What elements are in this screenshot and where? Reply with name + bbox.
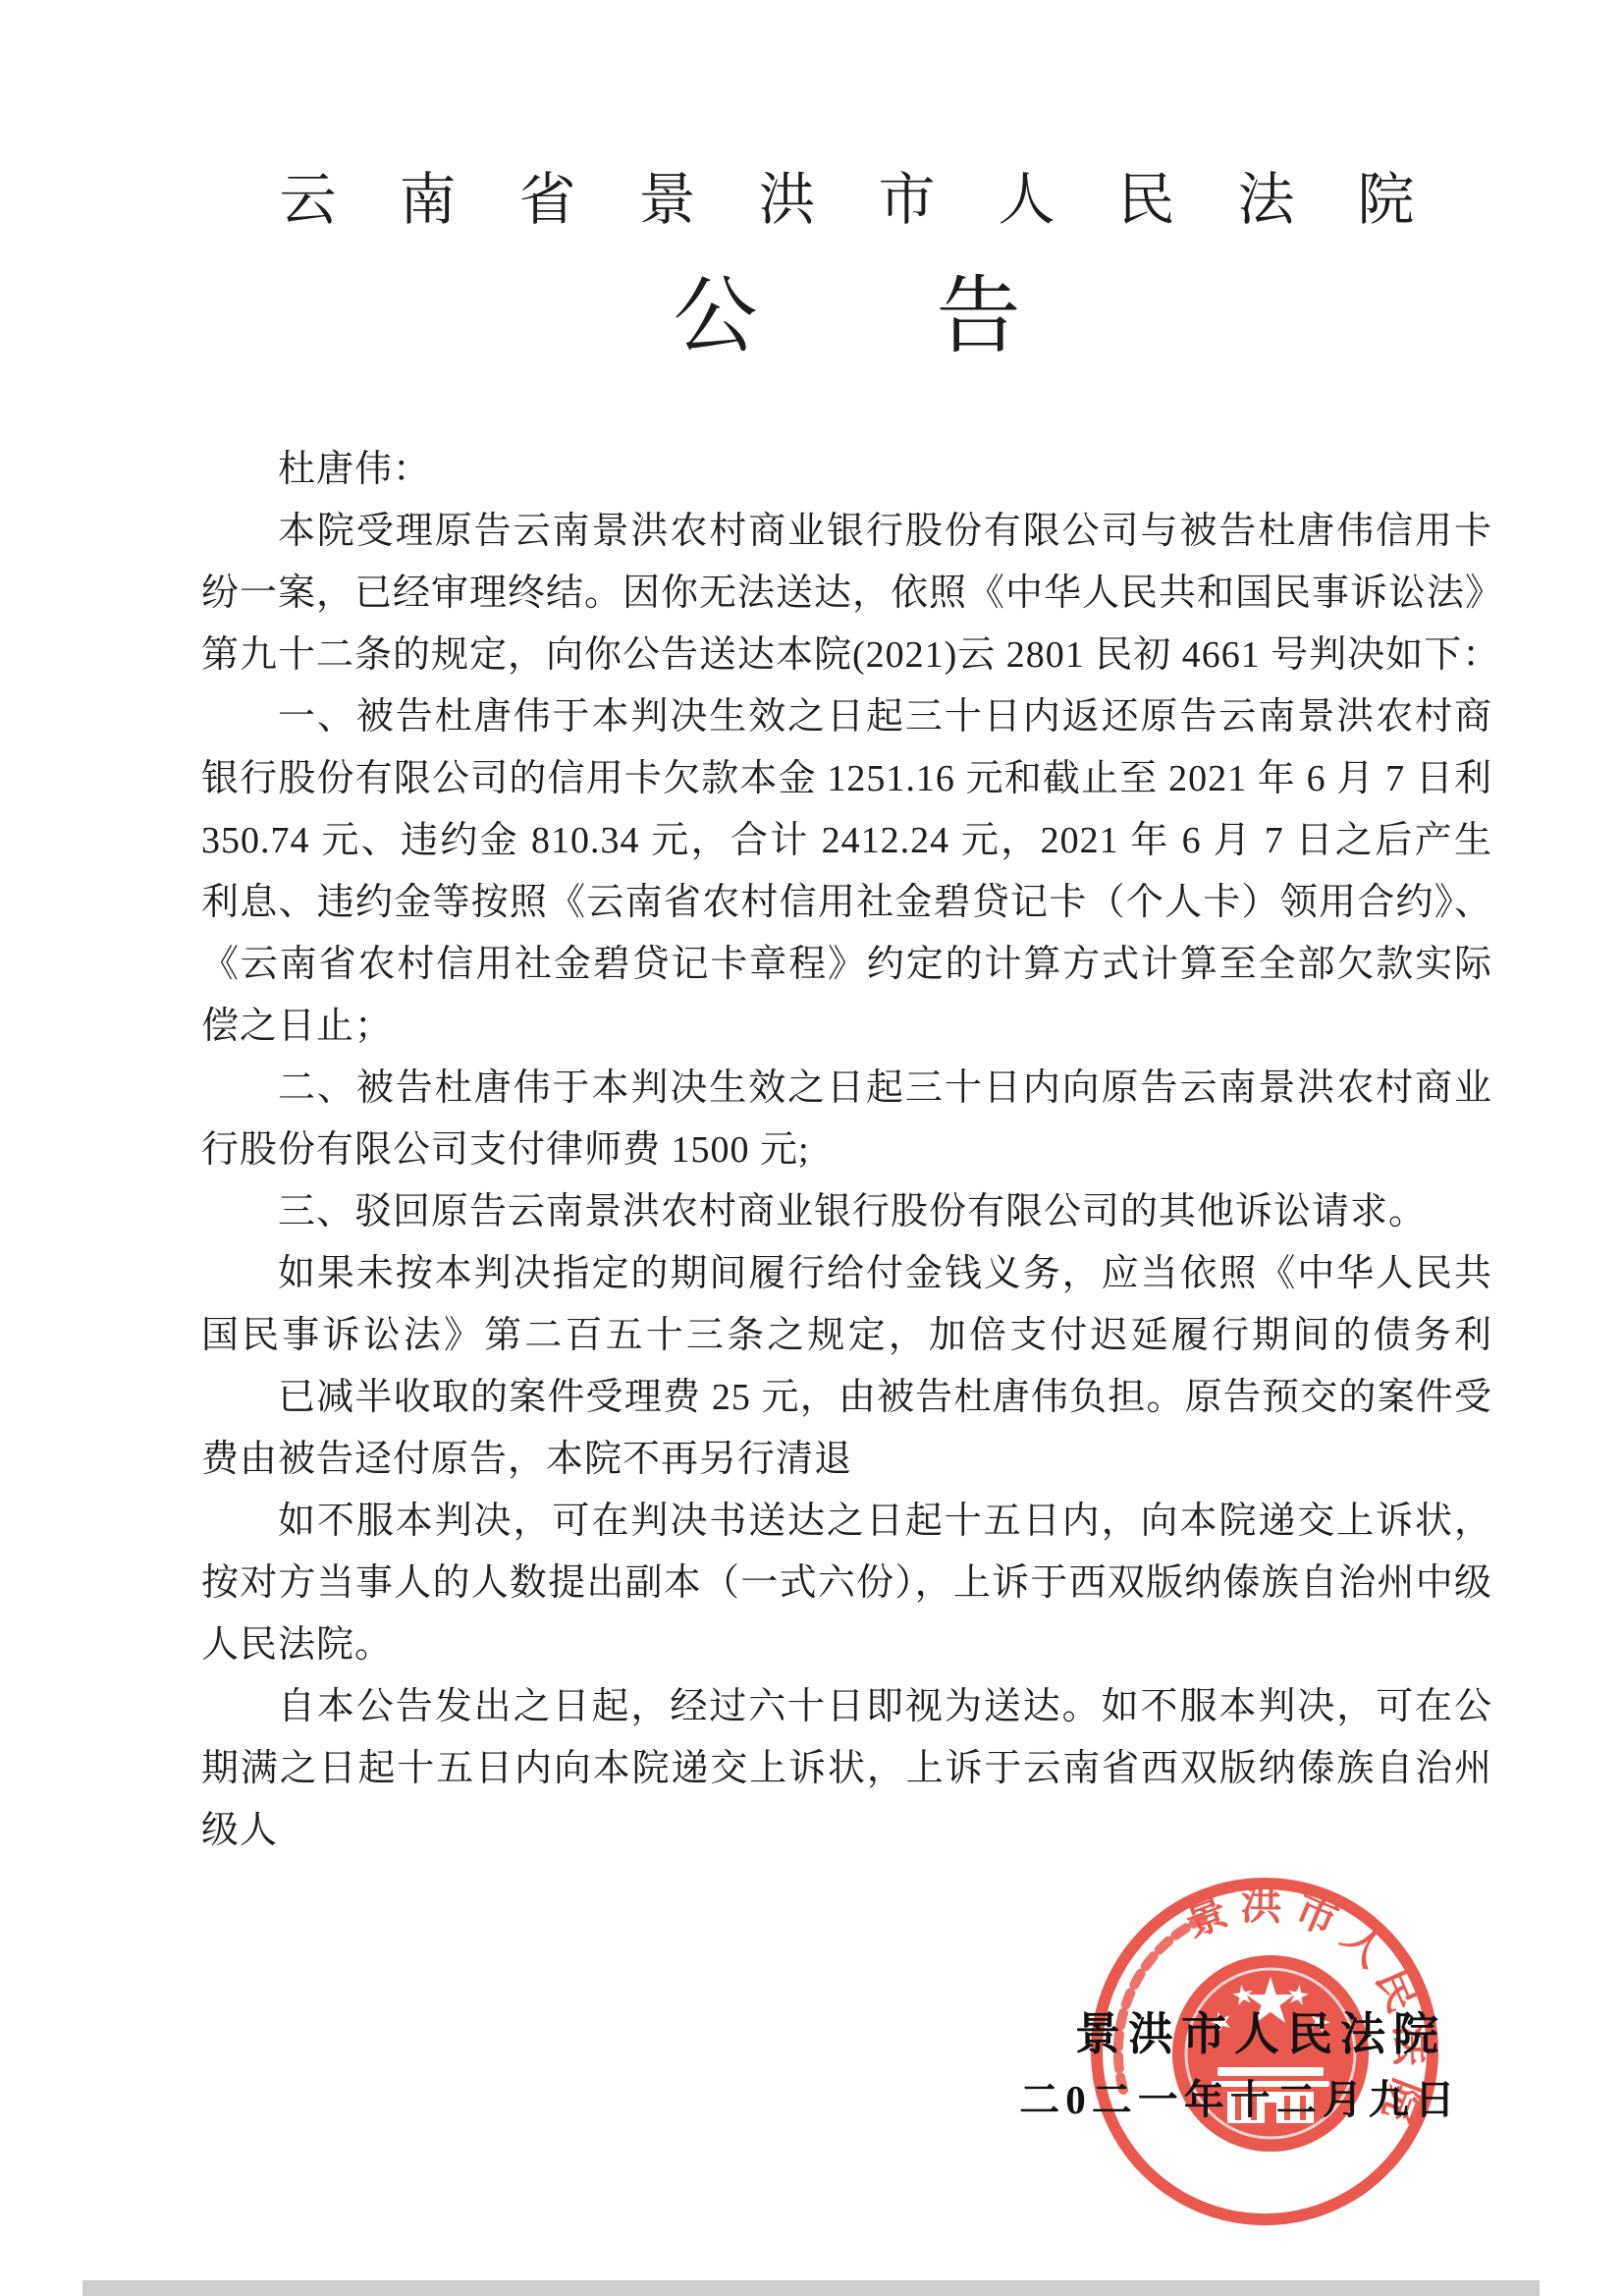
text-line: 第九十二条的规定，向你公告送达本院(2021)云 2801 民初 4661 号判… — [201, 625, 1492, 686]
stamp-court-name: 景洪市人民法院 — [1060, 2009, 1453, 2060]
text-line: 《云南省农村信用社金碧贷记卡章程》约定的计算方式计算至全部欠款实际清 — [201, 934, 1492, 996]
document-page: 云南省景洪市人民法院 公告 杜唐伟：本院受理原告云南景洪农村商业银行股份有限公司… — [0, 0, 1623, 2296]
text-line: 人民法院。 — [201, 1614, 1492, 1676]
stamp-date: 二0二一年十二月九日 — [992, 2076, 1483, 2123]
text-line: 行股份有限公司支付律师费 1500 元; — [201, 1120, 1492, 1181]
text-line: 纷一案，已经审理终结。因你无法送达，依照《中华人民共和国民事诉讼法》 — [201, 563, 1492, 625]
text-line: 银行股份有限公司的信用卡欠款本金 1251.16 元和截止至 2021 年 6 … — [201, 748, 1492, 810]
text-line: 按对方当事人的人数提出副本（一式六份），上诉于西双版纳傣族自治州中级 — [201, 1553, 1492, 1614]
text-line: 本院受理原告云南景洪农村商业银行股份有限公司与被告杜唐伟信用卡纠 — [201, 501, 1492, 563]
notice-body: 杜唐伟：本院受理原告云南景洪农村商业银行股份有限公司与被告杜唐伟信用卡纠纷一案，… — [201, 439, 1492, 1862]
scan-edge-artifact — [82, 2280, 1540, 2296]
text-line: 偿之日止； — [201, 996, 1492, 1058]
text-line: 350.74 元、违约金 810.34 元，合计 2412.24 元，2021 … — [201, 810, 1492, 872]
text-line: 杜唐伟： — [201, 439, 1492, 501]
text-line: 利息、违约金等按照《云南省农村信用社金碧贷记卡（个人卡）领用合约》、 — [201, 872, 1492, 934]
court-title: 云南省景洪市人民法院 — [201, 169, 1492, 232]
text-line: 已减半收取的案件受理费 25 元，由被告杜唐伟负担。原告预交的案件受理 — [201, 1367, 1492, 1429]
text-line: 期满之日起十五日内向本院递交上诉状，上诉于云南省西双版纳傣族自治州中 — [201, 1738, 1492, 1800]
text-line: 三、驳回原告云南景洪农村商业银行股份有限公司的其他诉讼请求。 — [201, 1181, 1492, 1243]
text-line: 二、被告杜唐伟于本判决生效之日起三十日内向原告云南景洪农村商业银 — [201, 1058, 1492, 1120]
text-line: 自本公告发出之日起，经过六十日即视为送达。如不服本判决，可在公告 — [201, 1676, 1492, 1738]
text-line: 一、被告杜唐伟于本判决生效之日起三十日内返还原告云南景洪农村商业 — [201, 686, 1492, 748]
text-line: 级人 — [201, 1800, 1492, 1862]
text-line: 如果未按本判决指定的期间履行给付金钱义务，应当依照《中华人民共和 — [201, 1243, 1492, 1305]
text-line: 如不服本判决，可在判决书送达之日起十五日内，向本院递交上诉状，并 — [201, 1491, 1492, 1553]
text-line: 费由被告迳付原告，本院不再另行清退 — [201, 1429, 1492, 1491]
text-line: 国民事诉讼法》第二百五十三条之规定，加倍支付迟延履行期间的债务利息。 — [201, 1305, 1492, 1367]
notice-heading: 公告 — [201, 271, 1492, 361]
